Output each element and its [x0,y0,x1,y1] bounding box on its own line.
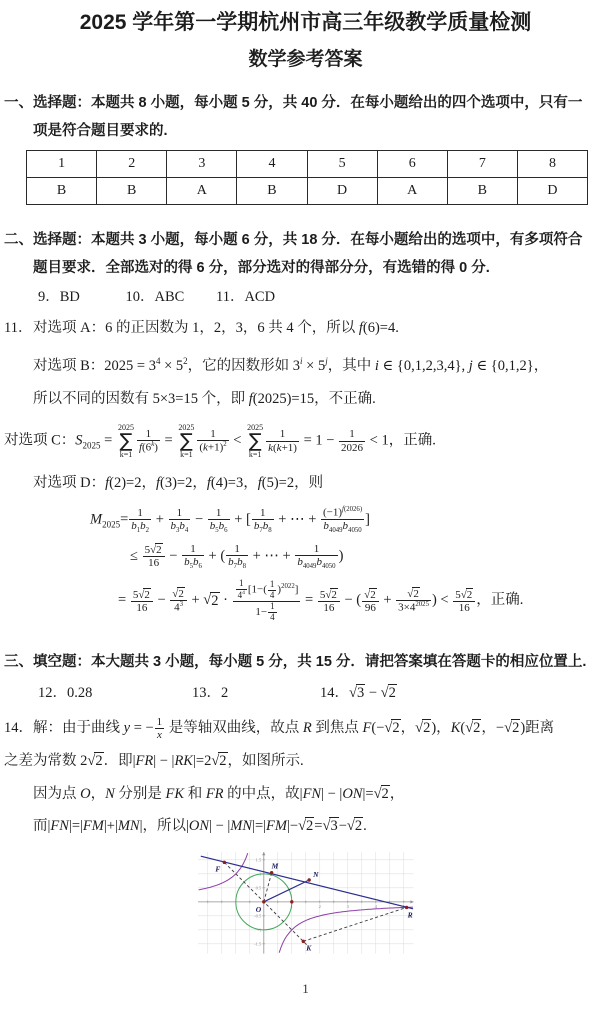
math-subscript: 6 [198,563,201,570]
math-sqrt: √2 [150,543,163,556]
math-text: 8 [268,527,271,534]
math-text: 16 [148,557,159,569]
math-denominator: 43 [170,600,187,614]
table-cell: B [237,178,307,205]
answer-11: 11．ACD [216,289,275,305]
y-tick-label: -0.5 [254,914,262,919]
math-var: R [303,720,312,736]
radicand: 2 [354,817,363,834]
math-subscript: 4050 [322,563,336,570]
math-text: 2 [389,685,396,701]
radical-sign: √ [349,685,356,701]
item14-line1: 14．解：由于曲线 y = −1x 是等轴双曲线，故点 R 到焦点 F(−√2，… [4,716,607,741]
math-text: − [339,818,347,834]
math-text: ] [295,584,299,596]
math-text: 之差为常数 2 [4,753,87,769]
math-text: 1 [270,579,275,589]
math-text: + ( [205,548,225,564]
math-text: (2025)=15，不正确. [253,391,376,407]
math-var: FR [136,753,154,769]
radical-sign: √ [347,818,354,834]
math-text: − [154,593,169,609]
item11-line-b1: 对选项 B：2025 = 34 × 52，它的因数形如 3i × 5j，其中 i… [33,344,607,383]
math-numerator: 1 [197,428,228,440]
x-tick-label: 2 [318,904,320,909]
math-text: 1 [210,428,216,440]
fill-in-answers: 12．0.2813．214．√3 − √2 [4,676,607,710]
section3-heading: 三、填空题：本大题共 3 小题，每小题 5 分，共 15 分．请把答案填在答题卡… [4,648,607,676]
math-fraction: 1b1b2 [129,507,151,535]
math-text: ，它的因数形如 3 [188,358,300,374]
math-fraction: 1x [155,716,165,741]
answer-9-value: BD [60,289,80,305]
math-sqrt: √2 [364,588,377,601]
item11-line-a: 11．对选项 A：6 的正因数为 1，2，3，6 共 4 个，所以 f(6)=4… [4,312,607,344]
math-text: 6 [224,527,227,534]
math-text: ) < [432,593,452,609]
math-numerator: (−1)f(2026) [321,506,364,519]
item14-line2: 之差为常数 2√2．即|FR| − |RK|=2√2，如图所示. [4,745,607,778]
math-text: × 5 [303,358,326,374]
table-cell: D [517,178,587,205]
math-text: MN [230,818,252,834]
math-text: 3×4 [398,602,415,614]
math-text: ，− [481,720,504,736]
math-text: 4050 [322,563,336,570]
math-text: ，其中 [328,358,375,374]
math-text: 2 [392,720,399,736]
math-fraction: 5√216 [318,589,340,614]
math-var: FR [206,786,224,802]
table-cell: D [307,178,377,205]
math-text: + [ [231,512,251,528]
math-subscript: 4049 [329,527,343,534]
math-text: + ⋯ + [249,548,294,564]
math-text: | − | [153,753,174,769]
math-denominator: b5b6 [182,555,204,571]
math-fraction: 1f(6k) [137,428,160,454]
math-var: MN [230,818,252,834]
math-numerator: √2 [362,589,379,601]
math-text: ， [390,786,405,802]
segment-dashed [263,873,271,902]
math-text: 1 [270,601,275,611]
math-subscript: 8 [268,527,271,534]
y-tick-label: -1.5 [254,942,262,947]
radicand: 2 [391,719,400,736]
math-text: FN [50,818,69,834]
table-cell: 8 [517,151,587,178]
math-denominator: 16 [131,601,153,614]
y-tick-label: 1.5 [255,858,261,863]
math-text: − [166,548,181,564]
x-axis-arrow [410,901,413,904]
math-text: |，所以| [140,818,189,834]
math-fraction: 144 [236,579,247,601]
math-text: 2 [413,588,419,600]
math-fraction: (−1)f(2026)b4049b4050 [321,506,364,534]
math-summation: 2025∑k=1 [247,423,263,459]
math-sqrt: √2 [384,719,400,736]
math-text: |=2 [193,753,211,769]
math-summation: 2025∑k=1 [118,423,134,459]
radicand: 2 [381,785,390,802]
math-text: = 1 − [300,432,338,448]
math-text: 2 [146,527,149,534]
document-page: 2025 学年第一学期杭州市高三年级教学质量检测 数学参考答案 一、选择题：本题… [0,0,615,1024]
math-text: )距离 [520,720,554,736]
math-superscript: 2022 [281,583,295,590]
math-fraction: √296 [362,589,379,614]
math-text: · [220,593,232,609]
math-fraction: 1b7b8 [252,507,274,535]
segment-dashed [303,908,406,942]
table-cell: 3 [167,151,237,178]
point-dot [290,900,293,903]
hyperbola-figure: 123451.510.5-0.5-1-1.5FMNOKR [196,850,416,956]
math-text: M [90,512,102,528]
math-text: |=| [252,818,266,834]
math-summation: 2025∑k=1 [178,423,194,459]
math-text: (− [371,720,384,736]
sum-lower-limit: k=1 [247,450,263,459]
math-text: 的中点，故| [224,786,303,802]
math-sqrt: √2 [465,719,481,736]
table-cell: 7 [447,151,517,178]
math-numerator: √2 [396,588,431,600]
math-text: 3 [330,818,337,834]
math-var: S [75,432,82,448]
math-text: ) [154,442,158,454]
math-sqrt: √2 [325,588,338,601]
math-subscript: 2025 [83,440,101,450]
math-text: ON [342,786,362,802]
math-text: 2 [144,589,150,601]
x-tick-label: 4 [374,904,377,909]
radicand: 2 [305,817,314,834]
math-text: 4049 [329,527,343,534]
multi-choice-answers: 9．BD 10．ABC 11．ACD [4,282,607,312]
math-text: FM [83,818,104,834]
math-denominator: b1b2 [129,519,151,535]
segment-solid [200,856,412,909]
math-text: ，如图所示. [228,753,304,769]
math-fraction: 14 [268,580,277,601]
math-text: |= [362,786,373,802]
math-sqrt: √2 [374,785,390,802]
math-text: (−1) [323,507,342,519]
answer-table: 1 2 3 4 5 6 7 8 B B A B D A B D [26,150,588,205]
math-text: . [363,818,367,834]
math-text: 对选项 B：2025 = 3 [33,358,156,374]
radicand: 2 [218,752,227,769]
math-text: = − [130,720,154,736]
math-text: 对选项 D： [33,475,105,491]
answer-13: 13．2 [192,676,320,710]
math-fraction: √23×42025 [396,588,431,614]
math-text: 3 [180,601,183,608]
item11-line-m3: = 5√216 − √243 + √2 · 144[1−(14)2022]1−1… [118,579,607,623]
answer-9-label: 9． [38,289,60,305]
math-superscript: 2 [223,441,226,448]
math-text: 1 [280,428,286,440]
table-cell: 4 [237,151,307,178]
math-text: 1 [260,507,266,519]
math-numerator: 1 [236,579,247,589]
math-numerator: 1 [226,543,248,555]
item11-line-m1: M2025=1b1b2 + 1b3b4 − 1b5b6 + [1b7b8 + ⋯… [90,506,607,534]
math-text: (6)=4. [363,320,399,336]
point-M [269,871,272,874]
math-numerator: 1 [268,602,277,612]
table-cell: 6 [377,151,447,178]
math-var: RK [174,753,193,769]
math-text: O [80,786,90,802]
radicand: 2 [466,588,474,601]
table-cell: 2 [97,151,167,178]
sigma-symbol: ∑ [247,432,263,450]
page-number: 1 [4,981,607,997]
segment-solid [263,880,308,902]
math-subscript: 6 [224,527,227,534]
math-text: 8 [243,563,246,570]
math-text: ∈ {0,1,2,3,4}, [379,358,469,374]
math-fraction: 5√216 [143,544,165,569]
math-text: 2 [423,720,430,736]
radicand: 2 [155,543,163,556]
point-label-M: M [270,862,278,871]
math-text: 2 [331,589,337,601]
item11-line-b2: 所以不同的因数有 5×3=15 个，即 f(2025)=15，不正确. [33,383,607,415]
math-text: ) [339,548,344,564]
math-denominator: 4 [268,612,277,623]
item11-number: 11． [4,312,33,344]
math-numerator: 5√2 [131,589,153,601]
math-text: ， [91,786,106,802]
radical-sign: √ [298,818,305,834]
math-text: 2025 [83,440,101,450]
math-var: FK [166,786,185,802]
math-text: 2 [467,589,473,601]
math-text: (2026) [344,506,362,513]
math-fraction: 5√216 [453,589,475,614]
math-text: 4 [270,612,275,622]
point-N [307,879,310,882]
math-text: 14． [320,685,349,701]
math-numerator: 1 [137,428,160,440]
math-text: 1 [216,507,222,519]
math-var: M [90,512,102,528]
item11-line-m2: ≤ 5√216 − 1b5b6 + (1b7b8 + ⋯ + 1b4049b40… [130,543,607,571]
math-text: 所以不同的因数有 5×3=15 个，即 [33,391,249,407]
math-sqrt: √2 [172,587,185,600]
math-text: 2 [178,588,184,600]
math-text: 2 [219,753,226,769]
math-sqrt: √2 [461,588,474,601]
point-F [222,861,225,864]
math-sqrt: √2 [211,752,227,769]
math-var: O [80,786,90,802]
radicand: 2 [210,592,219,609]
math-text: = [101,432,116,448]
radical-sign: √ [374,786,381,802]
math-text: = [120,512,128,528]
math-text: [1−( [248,584,267,596]
math-text: MN [118,818,140,834]
math-fraction: 14 [268,602,277,623]
math-sqrt: √2 [138,588,151,601]
math-fraction: 1b5b6 [208,507,230,535]
math-denominator: x [155,728,165,741]
math-denominator: b5b6 [208,519,230,535]
radicand: 2 [388,684,397,701]
math-text: 2 [473,720,480,736]
formula-line: 对选项 A：6 的正因数为 1，2，3，6 共 4 个，所以 f(6)=4. [33,320,399,336]
math-numerator: 144[1−(14)2022] [233,579,301,601]
math-text: 1 [146,428,152,440]
math-text: |− [287,818,298,834]
math-text: = [301,593,316,609]
math-denominator: b4049b4050 [321,519,364,535]
math-superscript: f(2026) [342,506,362,513]
math-numerator: 1 [169,507,191,519]
segment-dashed [224,863,308,947]
math-text: | − | [321,786,342,802]
math-text: 因为点 [33,786,80,802]
math-sqrt: √3 [349,684,365,701]
math-numerator: 5√2 [318,589,340,601]
point-R [404,906,407,909]
answer-11-value: ACD [244,289,275,305]
math-text: FK [166,786,185,802]
radical-sign: √ [381,685,388,701]
math-fraction: 5√216 [131,589,153,614]
math-text: < 1，正确. [366,432,436,448]
math-text: 16 [323,602,334,614]
math-sqrt: √2 [415,719,431,736]
math-text: 分别是 [115,786,166,802]
math-text: 2 [370,589,376,601]
table-cell: B [97,178,167,205]
math-subscript: 2025 [102,520,120,530]
table-cell: A [167,178,237,205]
math-subscript: 4049 [303,563,317,570]
radicand: 2 [330,588,338,601]
math-text: K [451,720,461,736]
math-text: FR [136,753,154,769]
point-label-O: O [255,905,261,914]
math-numerator: 1 [339,428,365,440]
math-text: 是等轴双曲线，故点 [165,720,303,736]
math-text: = [118,593,130,609]
math-text: ∈ {0,1,2}， [473,358,548,374]
math-text: 1 [234,543,240,555]
table-cell: 1 [27,151,97,178]
math-denominator: k(k+1) [266,441,299,454]
math-fraction: 1b7b8 [226,543,248,571]
math-numerator: 1 [266,428,299,440]
math-text: 2 [156,544,162,556]
math-denominator: 16 [143,556,165,569]
document-title: 2025 学年第一学期杭州市高三年级教学质量检测 [4,8,607,38]
sum-lower-limit: k=1 [178,450,194,459]
math-text: 2 [382,786,389,802]
math-var: MN [118,818,140,834]
math-text: FN [303,786,322,802]
math-text: 2 [223,441,226,448]
math-text: 6 [198,563,201,570]
math-text: 1 [314,543,320,555]
math-denominator: 1−14 [233,601,301,623]
math-text: 1 [177,507,183,519]
math-text: 4049 [303,563,317,570]
math-var: N [105,786,115,802]
math-numerator: 1 [182,543,204,555]
math-text: ， [401,720,416,736]
math-text: 2 [355,818,362,834]
math-sqrt: √3 [322,817,338,834]
math-text: + [380,593,395,609]
item14-line3: 因为点 O，N 分别是 FK 和 FR 的中点，故|FN| − |ON|=√2， [33,778,607,810]
math-text: 1 [157,716,163,728]
math-text: |=| [69,818,83,834]
math-text: |+| [104,818,118,834]
math-text: ≤ [130,548,142,564]
point-label-R: R [406,911,412,920]
math-var: FM [83,818,104,834]
math-text: − [191,512,206,528]
math-denominator: b7b8 [252,519,274,535]
math-denominator: (k+1)2 [197,440,228,454]
math-superscript: 4 [242,590,245,596]
math-text: + ⋯ + [275,512,320,528]
math-denominator: b4049b4050 [295,555,337,571]
point-label-N: N [312,870,319,879]
radicand: 2 [511,719,520,736]
math-text: 4 [242,590,245,596]
radicand: 2 [94,752,103,769]
math-text: 到焦点 [312,720,363,736]
math-denominator: 16 [453,601,475,614]
math-text: × 5 [160,358,183,374]
radicand: 2 [143,588,151,601]
math-text: x [157,729,162,741]
math-var: FN [303,786,322,802]
math-numerator: 5√2 [143,544,165,556]
section2-heading-line1: 二、选择题：本题共 3 小题，每小题 6 分，共 18 分．在每小题给出的选项中… [4,226,607,254]
math-numerator: 1 [268,580,277,590]
math-sqrt: √2 [87,752,103,769]
math-text: 1 [349,428,355,440]
math-var: K [451,720,461,736]
radicand: 2 [412,587,420,600]
math-denominator: 44 [236,589,247,601]
math-text: + [152,512,167,528]
point-label-F: F [215,865,220,874]
math-subscript: 2 [146,527,149,534]
hyperbola-branch-upper-left [198,853,247,890]
radicand: 2 [369,588,377,601]
math-text: = [161,432,176,448]
math-text: 2022 [281,583,295,590]
answer-10: 10．ABC [126,289,185,305]
point-K [301,940,304,943]
math-sqrt: √2 [407,587,420,600]
math-text: 16 [459,602,470,614]
item11-line-c: 对选项 C：S2025 = 2025∑k=11f(6k) = 2025∑k=11… [4,423,607,459]
math-denominator: 3×42025 [396,600,431,614]
math-text: (4)=3， [211,475,258,491]
